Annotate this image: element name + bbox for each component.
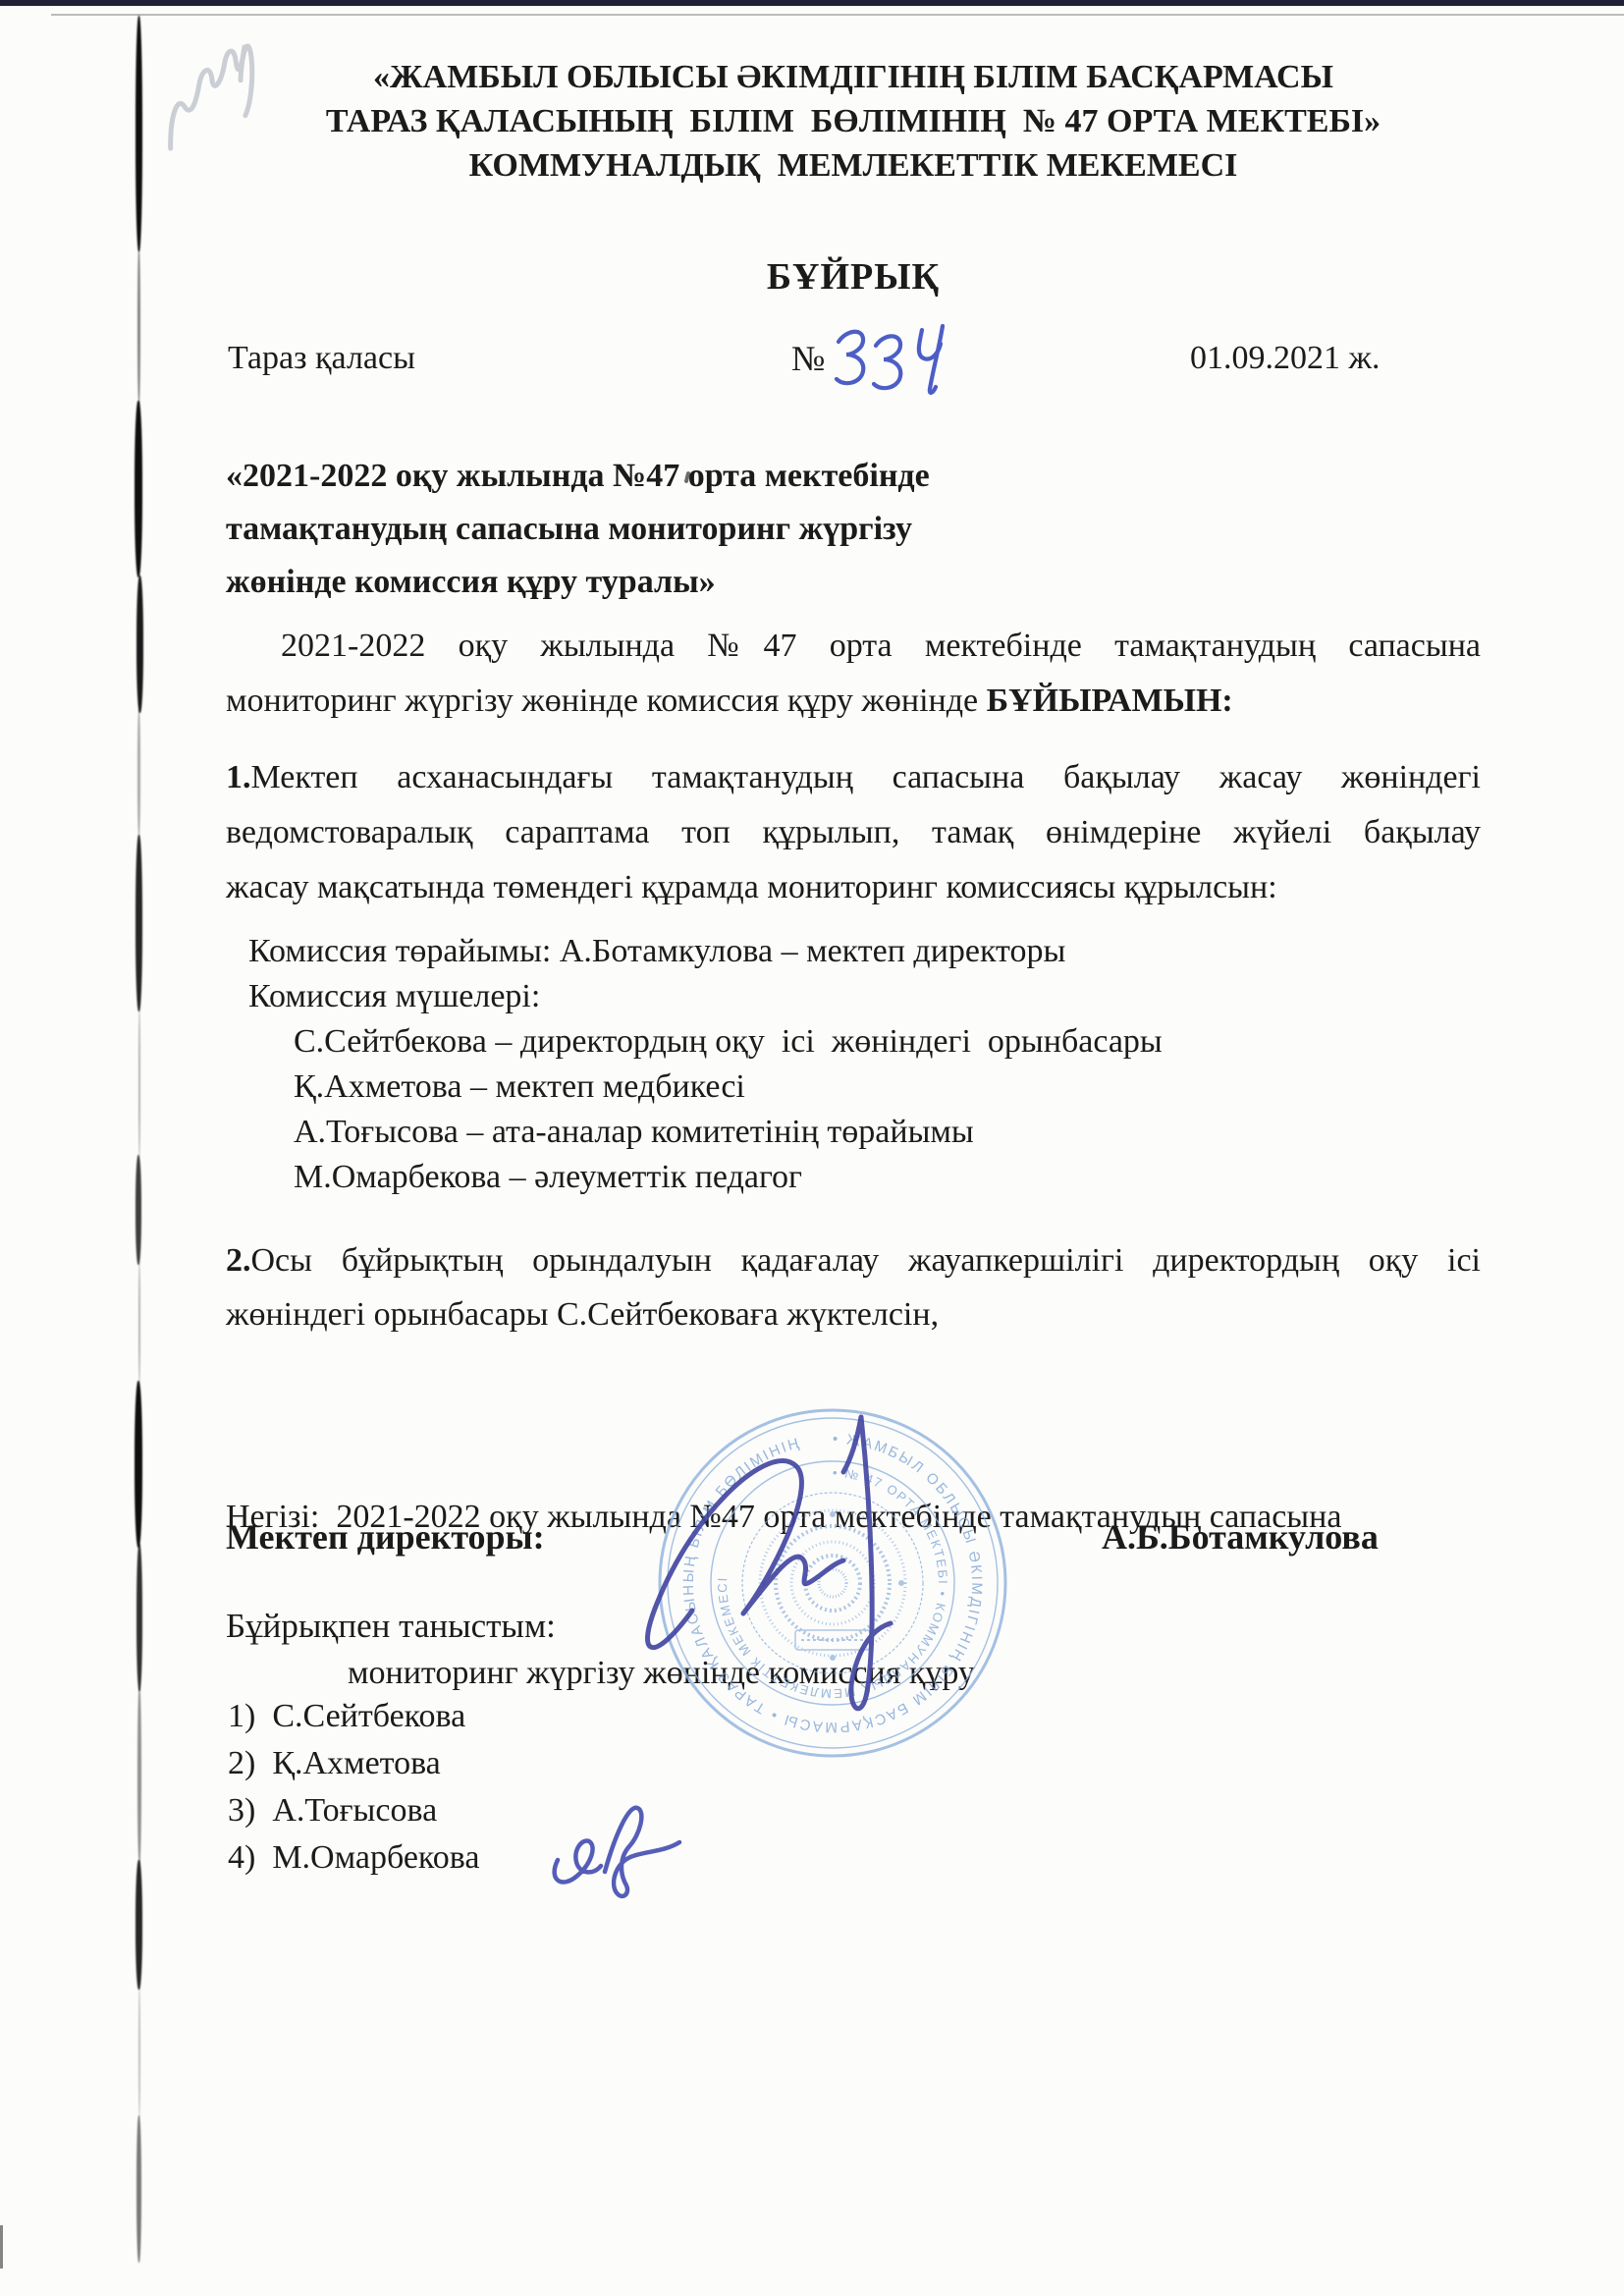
- resolve-word: БҰЙЫРАМЫН:: [987, 683, 1233, 719]
- ack-name: 2) Қ.Ахметова: [228, 1740, 479, 1787]
- order-number-sign: №: [791, 338, 825, 379]
- scan-edge-mark: [0, 2225, 3, 2269]
- commission-list: Комиссия төрайымы: А.Ботамкулова – мекте…: [248, 929, 1163, 1200]
- subject-line-2: тамақтанудың сапасына мониторинг жүргізу: [226, 503, 930, 556]
- commission-member: С.Сейтбекова – директордың оқу ісі жөнін…: [294, 1019, 1163, 1065]
- commission-member: Қ.Ахметова – мектеп медбикесі: [294, 1065, 1163, 1110]
- preamble-line-2: мониторинг жүргізу жөнінде комиссия құру…: [226, 674, 1481, 729]
- scan-top-edge: [0, 0, 1624, 6]
- order-title: БҰЙРЫҚ: [226, 255, 1481, 299]
- order-item-1: 1.Мектеп асханасындағы тамақтанудың сапа…: [226, 750, 1481, 915]
- scan-top-line: [51, 14, 1624, 16]
- item1-number: 1.: [226, 759, 251, 795]
- ack-name: 4) М.Омарбекова: [228, 1834, 479, 1882]
- item2-line-1-text: Осы бұйрықтың орындалуын қадағалау жауап…: [251, 1242, 1482, 1279]
- scanned-order-document: «ЖАМБЫЛ ОБЛЫСЫ ӘКІМДІГІНІҢ БІЛІМ БАСҚАРМ…: [0, 0, 1624, 2296]
- header-line-3: КОММУНАЛДЫҚ МЕМЛЕКЕТТІК МЕКЕМЕСІ: [226, 143, 1481, 188]
- acknowledgement-label: Бұйрықпен таныстым:: [226, 1607, 556, 1646]
- subject-line-3: жөнінде комиссия құру туралы»: [226, 556, 930, 609]
- order-item-2: 2.Осы бұйрықтың орындалуын қадағалау жау…: [226, 1233, 1481, 1341]
- city-label: Тараз қаласы: [228, 340, 415, 377]
- header-line-1: «ЖАМБЫЛ ОБЛЫСЫ ӘКІМДІГІНІҢ БІЛІМ БАСҚАРМ…: [226, 55, 1481, 99]
- subject-line-1: «2021-2022 оқу жылында №47 орта мектебін…: [226, 450, 930, 503]
- item2-number: 2.: [226, 1242, 251, 1279]
- commission-chair: Комиссия төрайымы: А.Ботамкулова – мекте…: [248, 929, 1163, 974]
- ack-name: 3) А.Тоғысова: [228, 1787, 479, 1834]
- order-number-handwritten: [831, 320, 958, 399]
- acknowledgement-names: 1) С.Сейтбекова 2) Қ.Ахметова 3) А.Тоғыс…: [228, 1693, 479, 1882]
- item1-line-1: 1.Мектеп асханасындағы тамақтанудың сапа…: [226, 750, 1481, 805]
- order-subject: «2021-2022 оқу жылында №47 орта мектебін…: [226, 450, 930, 609]
- item1-line-3: жасау мақсатында төмендегі құрамда монит…: [226, 860, 1481, 915]
- preamble-line-2-text: мониторинг жүргізу жөнінде комиссия құру…: [226, 683, 987, 719]
- item1-line-1-text: Мектеп асханасындағы тамақтанудың сапасы…: [251, 759, 1482, 795]
- director-signature: [623, 1399, 1095, 1723]
- scan-binding-line: [132, 16, 147, 2257]
- director-role-label: Мектеп директоры:: [226, 1516, 545, 1558]
- director-name: А.Б.Ботамкулова: [1102, 1516, 1379, 1558]
- item2-line-2: жөніндегі орынбасары С.Сейтбековаға жүкт…: [226, 1287, 1481, 1341]
- preamble-line-1: 2021-2022 оқу жылында №47 орта мектебінд…: [226, 619, 1481, 674]
- commission-members-label: Комиссия мүшелері:: [248, 974, 1163, 1019]
- institution-header: «ЖАМБЫЛ ОБЛЫСЫ ӘКІМДІГІНІҢ БІЛІМ БАСҚАРМ…: [226, 55, 1481, 188]
- item2-line-1: 2.Осы бұйрықтың орындалуын қадағалау жау…: [226, 1233, 1481, 1287]
- item1-line-2: ведомстоваралық сараптама топ құрылып, т…: [226, 805, 1481, 860]
- commission-member: М.Омарбекова – әлеуметтік педагог: [294, 1155, 1163, 1200]
- header-line-2: ТАРАЗ ҚАЛАСЫНЫҢ БІЛІМ БӨЛІМІНІҢ № 47 ОРТ…: [226, 99, 1481, 143]
- commission-member: А.Тоғысова – ата-аналар комитетінің төра…: [294, 1110, 1163, 1155]
- ack-name: 1) С.Сейтбекова: [228, 1693, 479, 1740]
- preamble-paragraph: 2021-2022 оқу жылында №47 орта мектебінд…: [226, 619, 1481, 729]
- acknowledgement-signature: [542, 1795, 699, 1908]
- order-date: 01.09.2021 ж.: [1190, 340, 1380, 377]
